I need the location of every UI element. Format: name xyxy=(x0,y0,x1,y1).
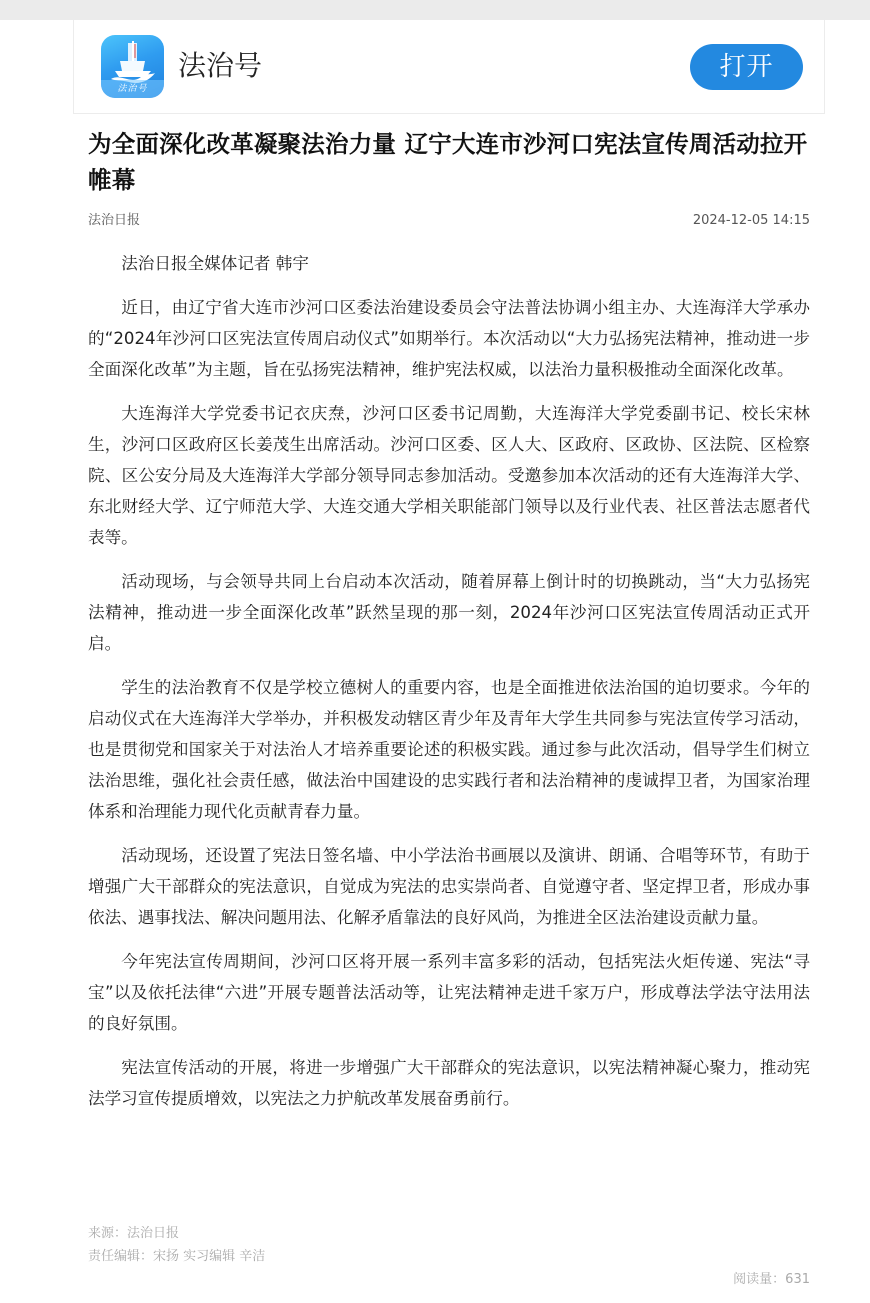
article-body: 法治日报全媒体记者 韩宇 近日，由辽宁省大连市沙河口区委法治建设委员会守法普法协… xyxy=(88,248,810,1114)
source-line: 来源：法治日报 xyxy=(88,1222,810,1245)
article-title: 为全面深化改革凝聚法治力量 辽宁大连市沙河口宪法宣传周活动拉开帷幕 xyxy=(88,126,810,198)
paragraph: 今年宪法宣传周期间，沙河口区将开展一系列丰富多彩的活动，包括宪法火炬传递、宪法“… xyxy=(88,946,810,1039)
paragraph-byline: 法治日报全媒体记者 韩宇 xyxy=(88,248,810,279)
paragraph: 活动现场，与会领导共同上台启动本次活动，随着屏幕上倒计时的切换跳动，当“大力弘扬… xyxy=(88,566,810,659)
read-count: 阅读量：631 xyxy=(88,1268,810,1291)
paragraph: 近日，由辽宁省大连市沙河口区委法治建设委员会守法普法协调小组主办、大连海洋大学承… xyxy=(88,292,810,385)
app-icon-label: 法治号 xyxy=(101,80,164,98)
article-source: 法治日报 xyxy=(88,213,140,228)
app-download-banner: 法治号 法治号 打开 xyxy=(73,20,825,114)
publish-time: 2024-12-05 14:15 xyxy=(693,211,810,231)
app-name: 法治号 xyxy=(178,48,262,84)
paragraph: 宪法宣传活动的开展，将进一步增强广大干部群众的宪法意识，以宪法精神凝心聚力，推动… xyxy=(88,1052,810,1114)
paragraph: 活动现场，还设置了宪法日签名墙、中小学法治书画展以及演讲、朗诵、合唱等环节，有助… xyxy=(88,840,810,933)
paragraph: 学生的法治教育不仅是学校立德树人的重要内容，也是全面推进依法治国的迫切要求。今年… xyxy=(88,672,810,827)
article: 为全面深化改革凝聚法治力量 辽宁大连市沙河口宪法宣传周活动拉开帷幕 法治日报 2… xyxy=(88,126,810,1127)
top-status-bar xyxy=(0,0,870,20)
article-meta: 法治日报 2024-12-05 14:15 xyxy=(88,211,810,231)
article-footer: 来源：法治日报 责任编辑：宋扬 实习编辑 辛洁 阅读量：631 xyxy=(88,1222,810,1291)
editor-line: 责任编辑：宋扬 实习编辑 辛洁 xyxy=(88,1245,810,1268)
paragraph: 大连海洋大学党委书记衣庆焘，沙河口区委书记周勤，大连海洋大学党委副书记、校长宋林… xyxy=(88,398,810,553)
open-app-button[interactable]: 打开 xyxy=(690,44,803,90)
app-logo-icon[interactable]: 法治号 xyxy=(101,35,164,98)
